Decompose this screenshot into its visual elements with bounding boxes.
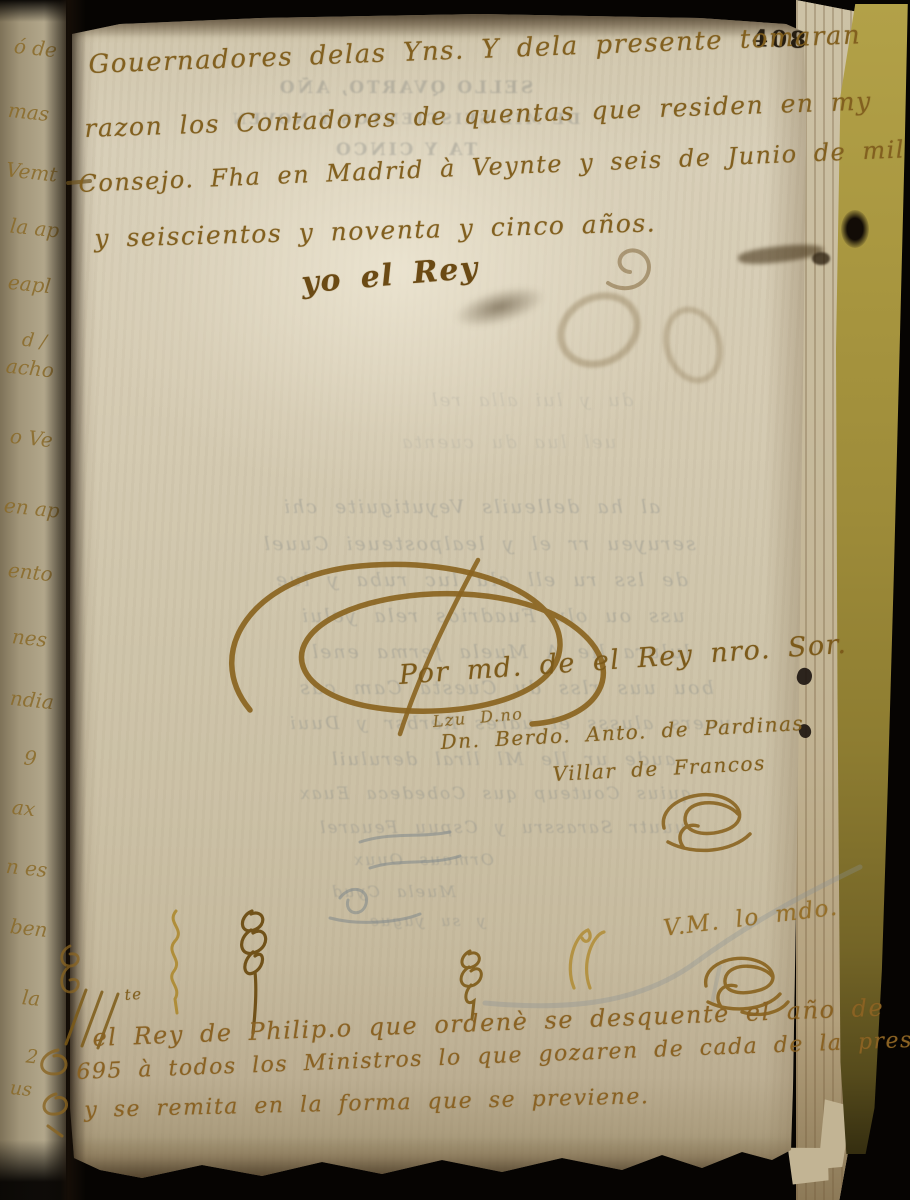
gutter-rubric-fragment <box>18 1040 78 1140</box>
gutter-rubric-fragment <box>52 940 86 1004</box>
handwriting-fragment: ento <box>7 558 54 587</box>
ink-curl <box>598 238 668 298</box>
worm-hole <box>841 210 869 248</box>
handwriting-fragment: nes <box>11 624 48 652</box>
page-bottom-edge-stain <box>60 1136 810 1184</box>
handwriting-fragment: ó de <box>13 34 58 62</box>
margin-superscript: te <box>124 985 143 1004</box>
handwriting-fragment: Vemt <box>5 157 59 186</box>
handwriting-fragment: eapl <box>7 270 52 298</box>
handwriting-fragment: la <box>21 985 42 1011</box>
pen-trial-scribble <box>558 922 614 1000</box>
handwriting-fragment: ben <box>9 914 49 942</box>
graphite-curve <box>360 845 880 1015</box>
handwriting-fragment: n es <box>5 854 49 882</box>
handwriting-fragment: la ap <box>9 213 61 242</box>
handwriting-fragment: acho <box>5 354 55 383</box>
handwriting-fragment: ax <box>11 795 37 821</box>
handwriting-fragment: o Ve <box>9 424 54 452</box>
secretary-rubric <box>650 784 775 859</box>
handwriting-fragment: 9 <box>23 745 38 770</box>
handwriting-fragment: ndia <box>9 686 55 714</box>
handwriting-fragment: en ap <box>3 493 61 523</box>
handwriting-fragment: mas <box>7 98 50 126</box>
manuscript-photograph: ó demasVemtla apeapld /achoo Veen apento… <box>0 0 910 1200</box>
handwriting-fragment: d / <box>21 329 48 353</box>
pen-trial-scribble <box>158 905 194 1017</box>
